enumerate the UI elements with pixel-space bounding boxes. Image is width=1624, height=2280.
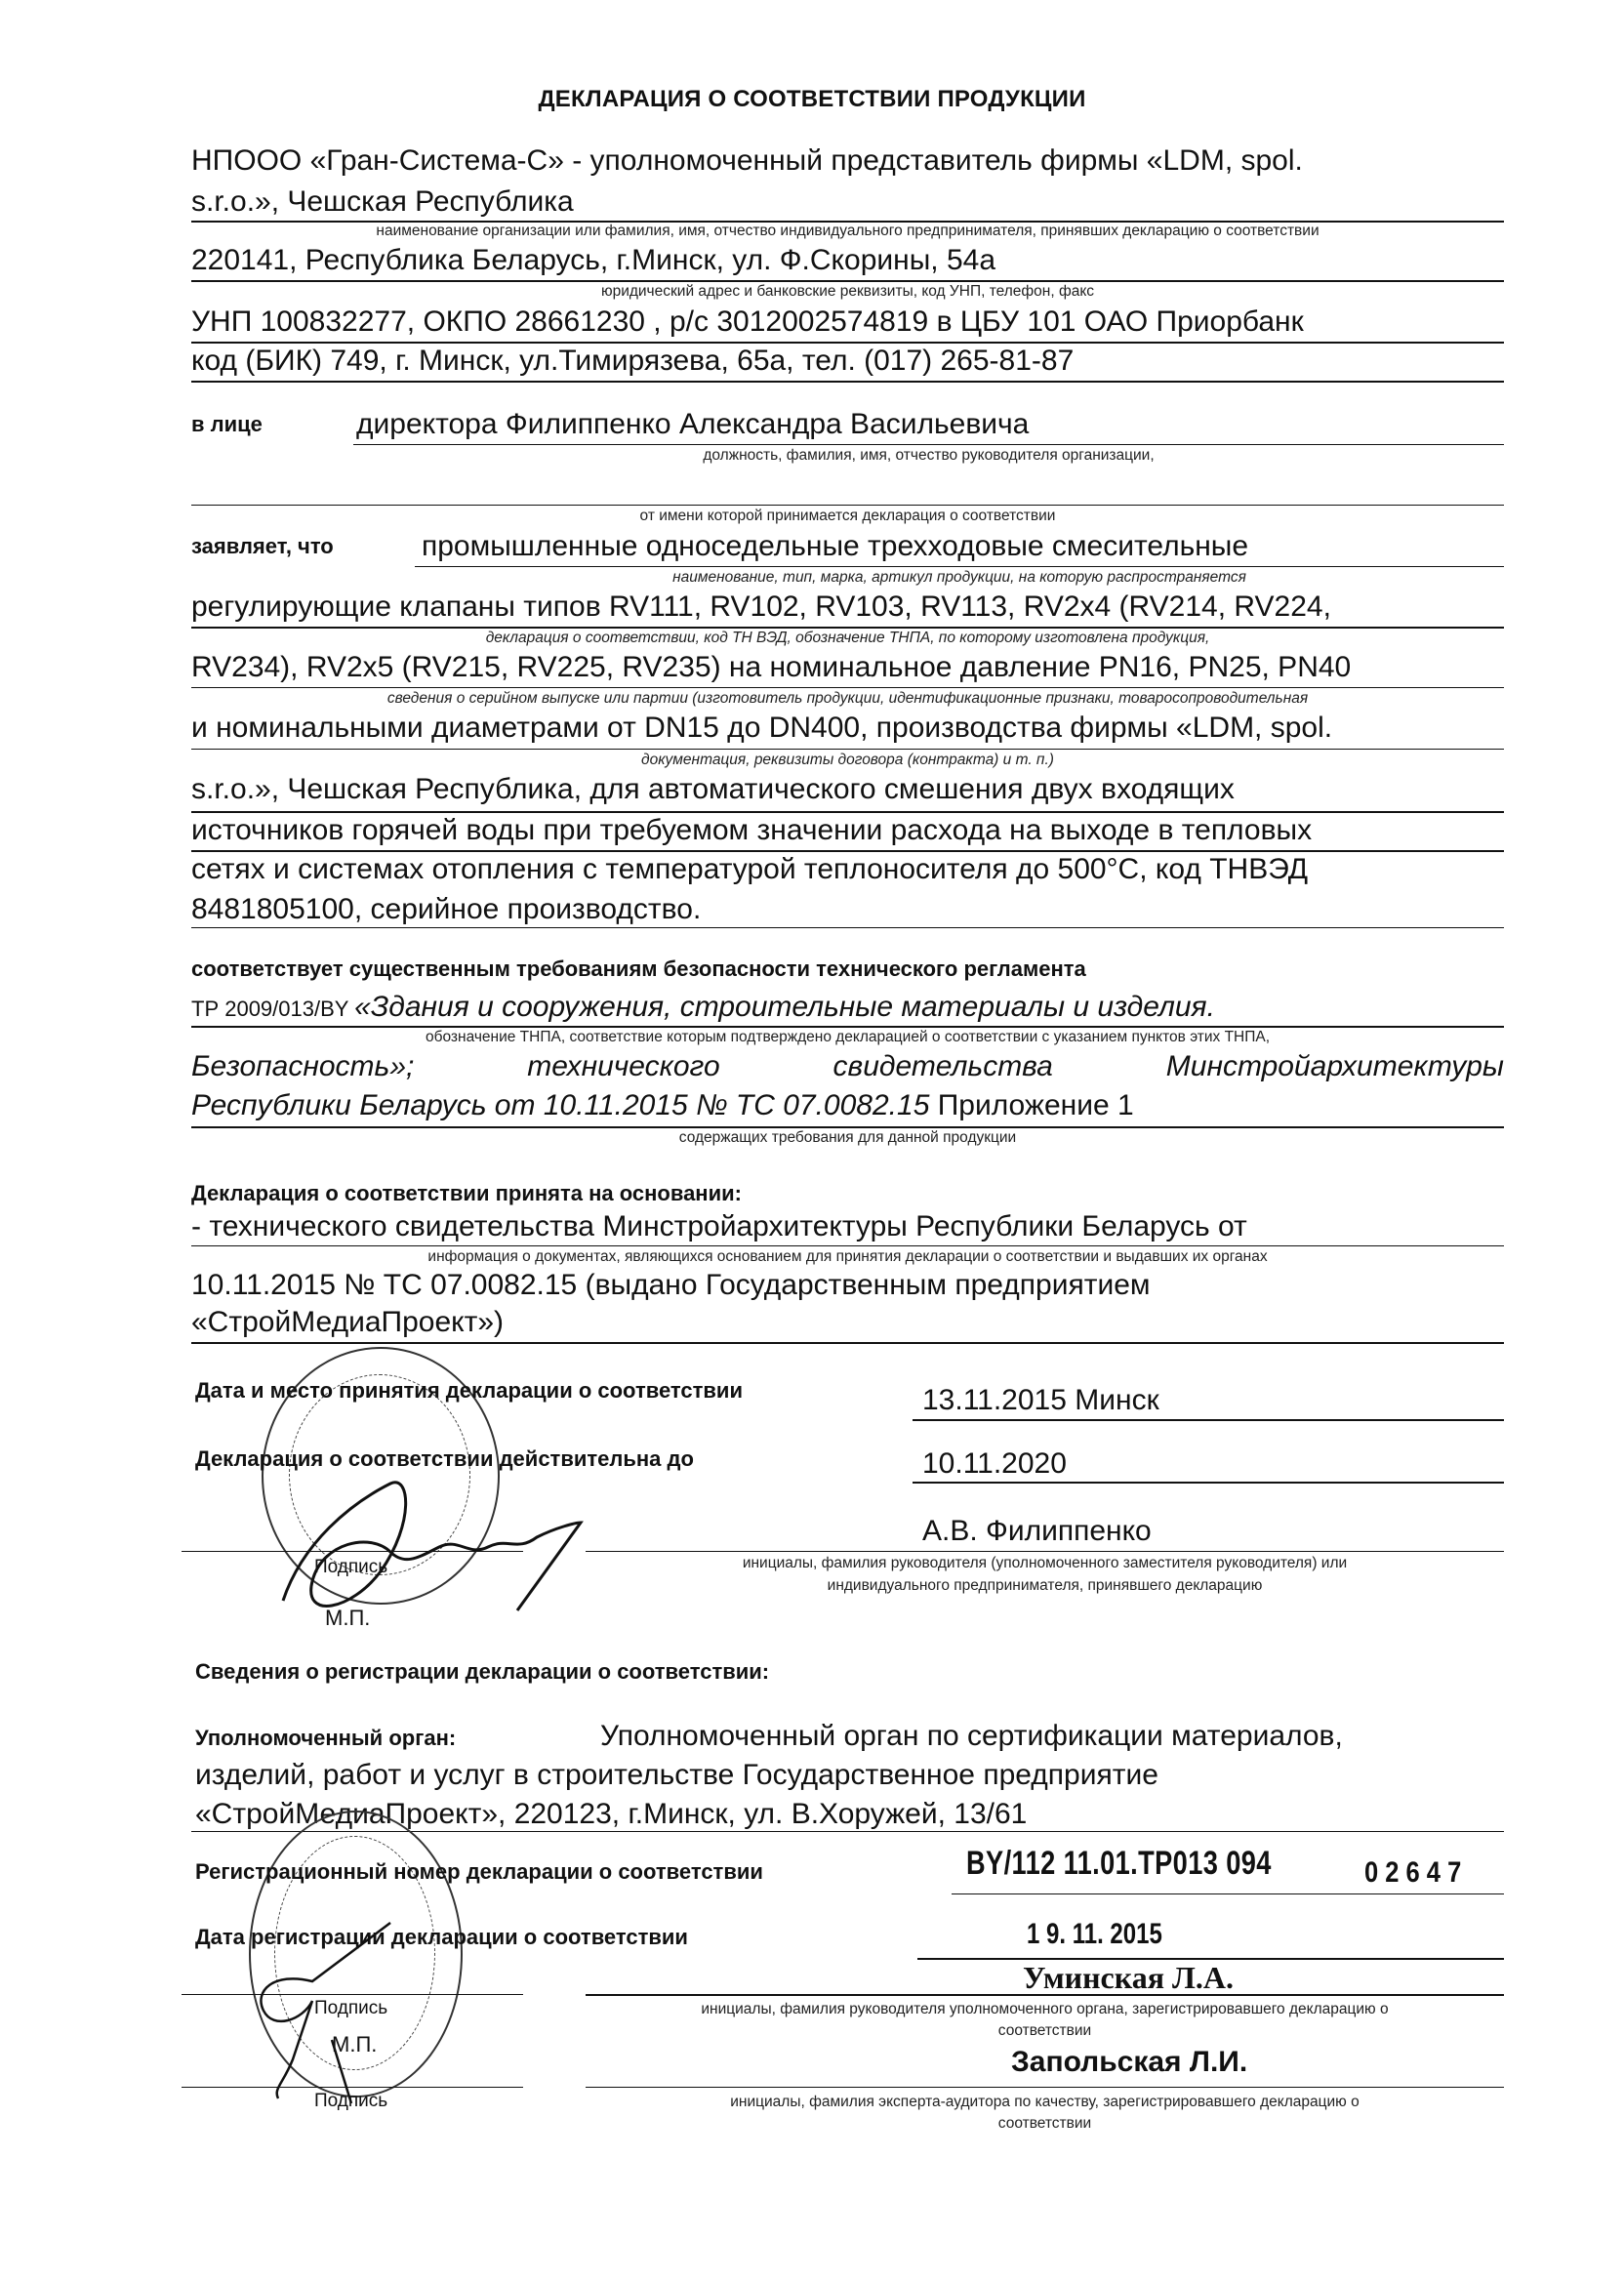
underline <box>191 749 1504 750</box>
word: технического <box>527 1050 719 1083</box>
date-place-label: Дата и место принятия декларации о соотв… <box>195 1378 743 1404</box>
address-caption: юридический адрес и банковские реквизиты… <box>191 283 1504 301</box>
underline <box>913 1482 1504 1484</box>
signature-line <box>182 1551 523 1552</box>
reg-date-value: 1 9. 11. 2015 <box>1027 1918 1162 1951</box>
product-line-4: и номинальными диаметрами от DN15 до DN4… <box>191 712 1332 745</box>
basis-line-2: 10.11.2015 № ТС 07.0082.15 (выдано Госуд… <box>191 1269 1151 1302</box>
regulation-line: ТР 2009/013/BY «Здания и сооружения, стр… <box>191 991 1215 1026</box>
valid-until-label: Декларация о соответствии действительна … <box>195 1446 694 1472</box>
conforms-label: соответствует существенным требованиям б… <box>191 957 1086 982</box>
basis-line-1: - технического свидетельства Минстройарх… <box>191 1210 1247 1243</box>
product-line-7: сетях и системах отопления с температуро… <box>191 853 1504 886</box>
signature-line <box>182 2087 523 2088</box>
expert-name: Запольская Л.И. <box>1011 2046 1247 2079</box>
underline <box>191 627 1504 629</box>
certificate-ref: Республики Беларусь от 10.11.2015 № ТС 0… <box>191 1089 929 1121</box>
underline <box>191 1342 1504 1344</box>
address-line-1: 220141, Республика Беларусь, г.Минск, ул… <box>191 244 995 277</box>
underline <box>191 850 1504 852</box>
underline <box>913 1419 1504 1421</box>
signer-name: А.В. Филиппенко <box>922 1515 1152 1548</box>
product-caption-3: сведения о серийном выпуске или партии (… <box>191 690 1504 708</box>
product-line-5: s.r.o.», Чешская Республика, для автомат… <box>191 773 1235 806</box>
reg-number-suffix: 0 2 6 4 7 <box>1364 1856 1461 1890</box>
reg-number-label: Регистрационный номер декларации о соотв… <box>195 1859 763 1885</box>
underline <box>952 1893 1504 1894</box>
product-line-8: 8481805100, серийное производство. <box>191 893 701 926</box>
product-line-1: промышленные односедельные трехходовые с… <box>422 530 1248 563</box>
head-caption-1: инициалы, фамилия руководителя уполномоч… <box>586 2001 1504 2018</box>
regulation-caption: обозначение ТНПА, соответствие которым п… <box>191 1029 1504 1046</box>
registration-heading: Сведения о регистрации декларации о соот… <box>195 1659 769 1685</box>
underline <box>586 1551 1504 1552</box>
bank-details-line: УНП 100832277, ОКПО 28661230 , р/с 30120… <box>191 305 1304 339</box>
regulation-title: «Здания и сооружения, строительные матер… <box>354 991 1215 1023</box>
organization-line-2: s.r.o.», Чешская Республика <box>191 185 574 219</box>
organization-caption: наименование организации или фамилия, им… <box>191 223 1504 240</box>
word: Безопасность»; <box>191 1050 414 1083</box>
certificate-line: Безопасность»; технического свидетельств… <box>191 1050 1504 1083</box>
seal-place-label: М.П. <box>325 1606 370 1631</box>
authority-line-1: Уполномоченный орган по сертификации мат… <box>600 1720 1343 1753</box>
expert-caption-2: соответствии <box>586 2115 1504 2133</box>
underline <box>191 381 1504 383</box>
appendix-ref: Приложение 1 <box>929 1089 1133 1121</box>
seal-place-label: М.П. <box>332 2032 377 2057</box>
basis-label: Декларация о соответствии принята на осн… <box>191 1181 742 1206</box>
head-name: Уминская Л.А. <box>1023 1960 1234 1996</box>
document-title: ДЕКЛАРАЦИЯ О СООТВЕТСТВИИ ПРОДУКЦИИ <box>0 86 1624 113</box>
reg-number-value: BY/112 11.01.ТР013 094 <box>966 1845 1272 1883</box>
regulation-code: ТР 2009/013/BY <box>191 997 348 1021</box>
underline <box>586 2087 1504 2088</box>
word: свидетельства <box>833 1050 1053 1083</box>
underline <box>586 1994 1504 1996</box>
underline <box>191 1245 1504 1246</box>
represented-by-caption-2: от имени которой принимается декларация … <box>191 508 1504 525</box>
authority-line-2: изделий, работ и услуг в строительстве Г… <box>195 1759 1158 1792</box>
organization-line-1: НПООО «Гран-Система-С» - уполномоченный … <box>191 144 1303 178</box>
represented-by-caption: должность, фамилия, имя, отчество руково… <box>353 447 1504 465</box>
underline <box>191 342 1504 344</box>
underline <box>191 811 1504 813</box>
signature-caption: Подпись <box>314 2091 387 2112</box>
underline <box>191 280 1504 282</box>
certificate-ref-line: Республики Беларусь от 10.11.2015 № ТС 0… <box>191 1089 1134 1122</box>
basis-line-3: «СтройМедиаПроект») <box>191 1306 504 1339</box>
basis-caption: информация о документах, являющихся осно… <box>191 1248 1504 1266</box>
reg-date-label: Дата регистрации декларации о соответств… <box>195 1925 688 1950</box>
signer-caption-2: индивидуального предпринимателя, принявш… <box>586 1577 1504 1595</box>
represented-by-label: в лице <box>191 412 263 437</box>
authority-label: Уполномоченный орган: <box>195 1726 456 1751</box>
product-line-2: регулирующие клапаны типов RV111, RV102,… <box>191 590 1331 624</box>
word: Минстройархитектуры <box>1166 1050 1504 1083</box>
underline <box>191 1126 1504 1128</box>
date-place-value: 13.11.2015 Минск <box>922 1384 1159 1417</box>
declares-label: заявляет, что <box>191 534 334 559</box>
product-caption-1: наименование, тип, марка, артикул продук… <box>415 569 1504 587</box>
expert-caption-1: инициалы, фамилия эксперта-аудитора по к… <box>586 2094 1504 2111</box>
underline <box>191 505 1504 506</box>
underline <box>353 444 1504 445</box>
signer-caption-1: инициалы, фамилия руководителя (уполномо… <box>586 1555 1504 1572</box>
signature-caption: Подпись <box>314 1998 387 2019</box>
product-line-3: RV234), RV2x5 (RV215, RV225, RV235) на н… <box>191 651 1351 684</box>
requirements-caption: содержащих требования для данной продукц… <box>191 1129 1504 1147</box>
underline <box>191 687 1504 688</box>
product-caption-4: документация, реквизиты договора (контра… <box>191 752 1504 769</box>
underline <box>191 927 1504 928</box>
valid-until-value: 10.11.2020 <box>922 1447 1067 1481</box>
product-caption-2: декларация о соответствии, код ТН ВЭД, о… <box>191 630 1504 647</box>
product-line-6: источников горячей воды при требуемом зн… <box>191 814 1312 847</box>
represented-by-value: директора Филиппенко Александра Васильев… <box>356 408 1029 441</box>
signature-line <box>182 1994 523 1995</box>
head-caption-2: соответствии <box>586 2022 1504 2040</box>
bank-code-line: код (БИК) 749, г. Минск, ул.Тимирязева, … <box>191 345 1074 378</box>
director-signature-icon <box>244 1464 595 1630</box>
signature-caption: Подпись <box>314 1557 387 1578</box>
underline <box>191 1026 1504 1028</box>
underline <box>415 566 1504 567</box>
